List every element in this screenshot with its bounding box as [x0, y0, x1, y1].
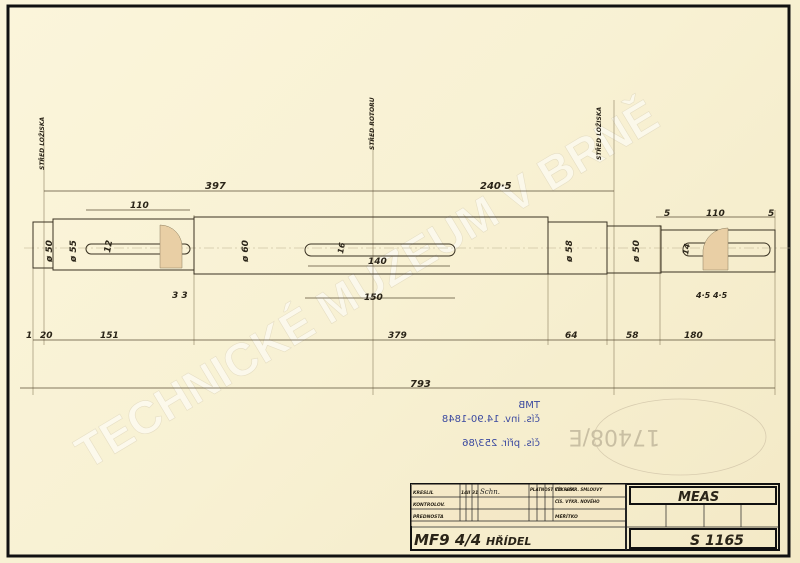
svg-text:čís. přír. 253/86: čís. přír. 253/86 — [462, 437, 540, 449]
dim-dia-50-left: ø 50 — [45, 240, 55, 263]
tb-label-checked: KONTROLOV. — [413, 502, 445, 508]
museum-stamp: TMB čís. inv. 14.90-1848 čís. přír. 253/… — [442, 400, 541, 449]
dim-seg-1: 1 — [26, 331, 32, 341]
watermark: TECHNICKÉ MUZEUM V BRNĚ — [66, 89, 667, 478]
dim-dia-58: ø 58 — [565, 240, 575, 263]
technical-drawing: TECHNICKÉ MUZEUM V BRNĚ STŘED LOŽISKA ST… — [0, 0, 800, 563]
dim-140: 140 — [368, 257, 387, 267]
dim-dia-50-right: ø 50 — [632, 240, 642, 263]
dim-offset-left: 3 3 — [172, 291, 188, 301]
tb-label-head: PŘEDNOSTA — [413, 513, 444, 520]
dim-keyway-right-width: 14 — [681, 242, 692, 255]
dim-seg-379: 379 — [388, 331, 407, 341]
dim-seg-180: 180 — [684, 331, 703, 341]
pencil-note: 17408/E — [569, 424, 660, 449]
svg-text:MĚŘÍTKO: MĚŘÍTKO — [555, 513, 578, 520]
svg-text:čís. inv. 14.90-1848: čís. inv. 14.90-1848 — [442, 413, 540, 425]
part-name: HŘÍDEL — [486, 534, 531, 548]
dim-keyway-left-110: 110 — [130, 201, 149, 211]
dim-150: 150 — [364, 293, 383, 303]
dim-seg-20: 20 — [40, 331, 53, 341]
dim-overall-793: 793 — [410, 379, 431, 390]
tb-label-drawn: KRESLIL — [413, 490, 434, 496]
svg-text:31: 31 — [472, 490, 478, 496]
dim-seg-151: 151 — [100, 331, 119, 341]
svg-text:ČÍS. VÝKR. NOVÉHO: ČÍS. VÝKR. NOVÉHO — [555, 499, 600, 504]
drawing-sheet: TECHNICKÉ MUZEUM V BRNĚ STŘED LOŽISKA ST… — [0, 0, 800, 563]
dim-keyway-left-12: 12 — [103, 239, 115, 253]
project-code: MF9 4/4 — [414, 531, 481, 549]
svg-text:TMB: TMB — [518, 400, 541, 411]
dim-240-5: 240·5 — [480, 181, 512, 192]
dim-keyway-right-110: 110 — [706, 209, 725, 219]
dim-seg-58: 58 — [626, 331, 639, 341]
label-bearing-center-right: STŘED LOŽISKA — [596, 107, 603, 160]
maker: MEAS — [678, 490, 719, 505]
dim-keyway-mid-width: 16 — [336, 241, 347, 254]
dim-dia-55: ø 55 — [69, 240, 79, 263]
dim-397: 397 — [205, 181, 226, 192]
dim-seg-64: 64 — [565, 331, 578, 341]
dim-offset-right: 4·5 4·5 — [695, 291, 728, 300]
label-bearing-center-left: STŘED LOŽISKA — [39, 117, 46, 170]
svg-text:II: II — [467, 490, 471, 496]
svg-text:ČÍS. VÝKR. SMLOUVY: ČÍS. VÝKR. SMLOUVY — [555, 487, 603, 492]
label-rotor-center: STŘED ROTORU — [369, 97, 376, 150]
title-block: KRESLIL KONTROLOV. PŘEDNOSTA 14 II 31 Sc… — [411, 484, 779, 550]
dim-gap-left-5: 5 — [664, 209, 670, 219]
drawing-number: S 1165 — [690, 533, 744, 549]
dim-gap-right-5: 5 — [768, 209, 774, 219]
signature: Schn. — [480, 488, 500, 496]
dim-dia-60: ø 60 — [241, 240, 251, 263]
